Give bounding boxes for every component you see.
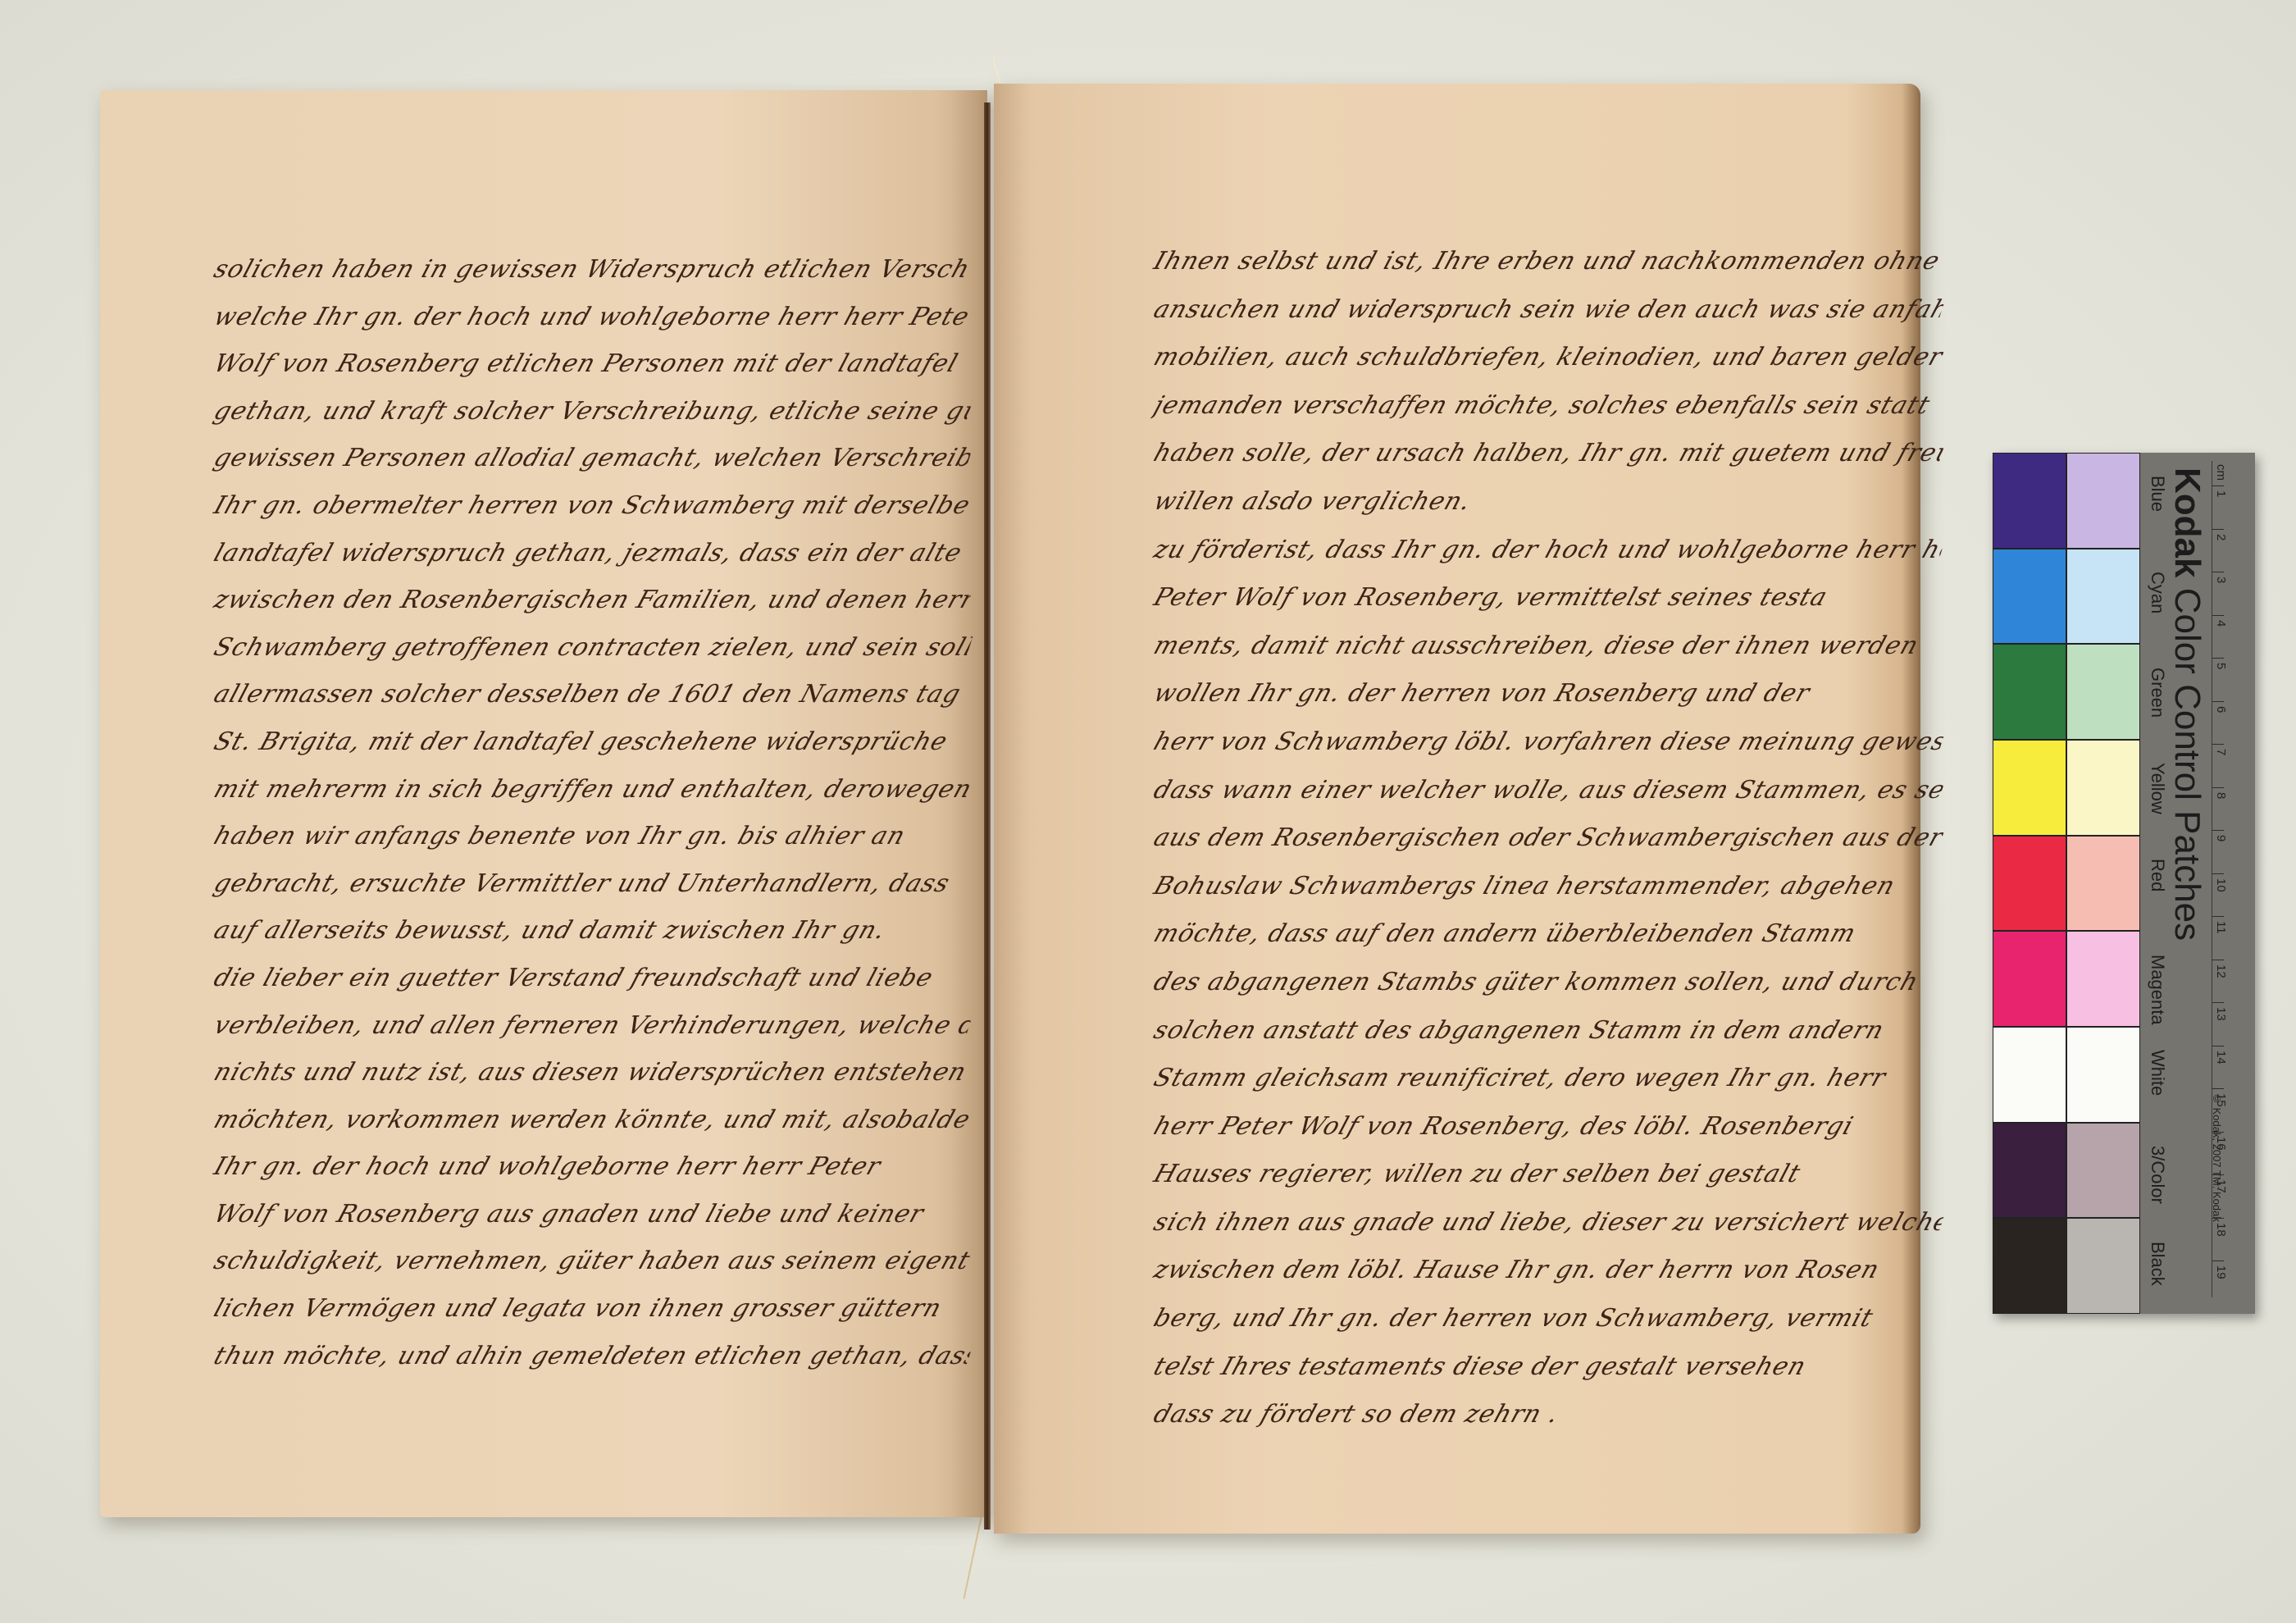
ruler-tick-label: 2 bbox=[2214, 534, 2228, 540]
ruler-tick bbox=[2212, 1002, 2224, 1003]
manuscript-line: schuldigkeit, vernehmen, güter haben aus… bbox=[207, 1238, 977, 1285]
color-patch-3-color-dark bbox=[1993, 1123, 2066, 1219]
patch-label: Black bbox=[2147, 1242, 2168, 1286]
patch-column-dark bbox=[1993, 453, 2066, 1314]
chart-title: Color Control Patches bbox=[2167, 588, 2207, 941]
ruler-tick bbox=[2212, 1261, 2224, 1261]
ruler-tick-label: 16 bbox=[2214, 1137, 2228, 1151]
manuscript-line: allermassen solcher desselben de 1601 de… bbox=[207, 671, 977, 718]
ruler-tick bbox=[2212, 529, 2224, 530]
manuscript-line: gethan, und kraft solcher Verschreibung,… bbox=[207, 388, 977, 435]
manuscript-line: solichen haben in gewissen Widerspruch e… bbox=[207, 246, 977, 294]
ruler-tick bbox=[2212, 830, 2224, 831]
manuscript-line: möchten, vorkommen werden könnte, und mi… bbox=[207, 1096, 977, 1144]
manuscript-line: zwischen den Rosenbergischen Familien, u… bbox=[207, 577, 977, 624]
manuscript-line: Wolf von Rosenberg etlichen Personen mit… bbox=[207, 340, 977, 388]
manuscript-line: herr von Schwamberg löbl. vorfahren dies… bbox=[1146, 718, 1949, 767]
ruler-tick bbox=[2212, 1218, 2224, 1219]
ruler-tick-label: 4 bbox=[2214, 620, 2228, 627]
ruler-tick-label: 6 bbox=[2214, 706, 2228, 713]
ruler-tick-label: 13 bbox=[2214, 1007, 2228, 1021]
manuscript-line: wollen Ihr gn. der herren von Rosenberg … bbox=[1146, 670, 1949, 718]
manuscript-line: gewissen Personen allodial gemacht, welc… bbox=[207, 435, 977, 482]
left-page-text: solichen haben in gewissen Widerspruch e… bbox=[215, 246, 969, 1379]
ruler-unit: cm bbox=[2214, 464, 2228, 481]
patch-label: Cyan bbox=[2147, 572, 2168, 613]
binding-gutter bbox=[984, 103, 991, 1530]
ruler-tick-label: 12 bbox=[2214, 964, 2228, 978]
patch-column-light bbox=[2066, 453, 2140, 1314]
manuscript-line: möchte, dass auf den andern überbleibend… bbox=[1146, 910, 1949, 959]
manuscript-line: herr Peter Wolf von Rosenberg, des löbl.… bbox=[1146, 1103, 1949, 1151]
manuscript-line: Ihr gn. obermelter herren von Schwamberg… bbox=[207, 482, 977, 530]
manuscript-line: berg, und Ihr gn. der herren von Schwamb… bbox=[1146, 1295, 1949, 1343]
manuscript-line: zwischen dem löbl. Hause Ihr gn. der her… bbox=[1146, 1247, 1949, 1295]
ruler-tick bbox=[2212, 1174, 2224, 1175]
color-patch-green-dark bbox=[1993, 644, 2066, 740]
color-patch-red-light bbox=[2066, 836, 2140, 932]
patch-label: Green bbox=[2147, 668, 2168, 718]
color-patch-cyan-dark bbox=[1993, 549, 2066, 645]
patch-label: Red bbox=[2147, 859, 2168, 891]
patch-label: Yellow bbox=[2147, 763, 2168, 814]
ruler-tick bbox=[2212, 1088, 2224, 1089]
manuscript-line: Ihr gn. der hoch und wohlgeborne herr he… bbox=[207, 1143, 977, 1191]
ruler-tick bbox=[2212, 787, 2224, 788]
color-patch-black-light bbox=[2066, 1218, 2140, 1314]
color-patch-blue-dark bbox=[1993, 453, 2066, 549]
manuscript-line: dass zu fördert so dem zehrn . bbox=[1146, 1391, 1949, 1439]
ruler-tick-label: 7 bbox=[2214, 749, 2228, 755]
manuscript-line: auf allerseits bewusst, und damit zwisch… bbox=[207, 907, 977, 955]
manuscript-line: nichts und nutz ist, aus diesen widerspr… bbox=[207, 1049, 977, 1096]
manuscript-line: telst Ihres testaments diese der gestalt… bbox=[1146, 1343, 1949, 1392]
ruler-tick bbox=[2212, 916, 2224, 917]
cm-ruler: cm12345678910111213141516171819 bbox=[2212, 461, 2250, 1297]
ruler-tick-label: 19 bbox=[2214, 1265, 2228, 1279]
color-patch-blue-light bbox=[2066, 453, 2140, 549]
label-strip: BlueCyanGreenYellowRedMagentaWhite3/Colo… bbox=[2145, 453, 2255, 1314]
ruler-tick-label: 9 bbox=[2214, 835, 2228, 841]
ruler-tick bbox=[2212, 486, 2224, 486]
ruler-tick bbox=[2212, 1132, 2224, 1133]
ruler-tick-label: 3 bbox=[2214, 577, 2228, 583]
brand-name: Kodak bbox=[2167, 467, 2207, 577]
manuscript-line: St. Brigita, mit der landtafel geschehen… bbox=[207, 718, 977, 766]
manuscript-line: Bohuslaw Schwambergs linea herstammender… bbox=[1146, 863, 1949, 911]
color-patch-white-light bbox=[2066, 1027, 2140, 1123]
manuscript-line: Hauses regierer, willen zu der selben be… bbox=[1146, 1151, 1949, 1199]
color-patch-green-light bbox=[2066, 644, 2140, 740]
ruler-tick bbox=[2212, 615, 2224, 616]
manuscript-line: des abgangenen Stambs güter kommen solle… bbox=[1146, 959, 1949, 1007]
manuscript-line: haben wir anfangs benente von Ihr gn. bi… bbox=[207, 813, 977, 860]
manuscript-line: ansuchen und widerspruch sein wie den au… bbox=[1146, 286, 1949, 335]
patch-label: White bbox=[2147, 1050, 2168, 1096]
ruler-tick-label: 11 bbox=[2214, 921, 2228, 934]
ruler-tick-label: 5 bbox=[2214, 663, 2228, 669]
patch-label: Blue bbox=[2147, 476, 2168, 512]
ruler-tick bbox=[2212, 572, 2224, 572]
patch-label: 3/Color bbox=[2147, 1146, 2168, 1204]
ruler-tick bbox=[2212, 960, 2224, 960]
manuscript-line: haben solle, der ursach halben, Ihr gn. … bbox=[1146, 430, 1949, 478]
ruler-tick bbox=[2212, 701, 2224, 702]
manuscript-line: welche Ihr gn. der hoch und wohlgeborne … bbox=[207, 294, 977, 341]
manuscript-line: Peter Wolf von Rosenberg, vermittelst se… bbox=[1146, 574, 1949, 622]
ruler-tick bbox=[2212, 1046, 2224, 1046]
manuscript-line: verbleiben, und allen ferneren Verhinder… bbox=[207, 1002, 977, 1050]
ruler-tick-label: 17 bbox=[2214, 1179, 2228, 1193]
color-patch-red-dark bbox=[1993, 836, 2066, 932]
color-patch-3-color-light bbox=[2066, 1123, 2140, 1219]
manuscript-line: Ihnen selbst und ist, Ihre erben und nac… bbox=[1146, 238, 1949, 286]
manuscript-line: jemanden verschaffen möchte, solches ebe… bbox=[1146, 382, 1949, 431]
ruler-tick-label: 14 bbox=[2214, 1051, 2228, 1065]
manuscript-line: lichen Vermögen und legata von ihnen gro… bbox=[207, 1285, 977, 1333]
manuscript-line: Wolf von Rosenberg aus gnaden und liebe … bbox=[207, 1191, 977, 1238]
ruler-tick bbox=[2212, 658, 2224, 659]
ruler-tick-label: 1 bbox=[2214, 490, 2228, 497]
color-patch-cyan-light bbox=[2066, 549, 2140, 645]
manuscript-line: solchen anstatt des abgangenen Stamm in … bbox=[1146, 1007, 1949, 1055]
manuscript-line: die lieber ein guetter Verstand freundsc… bbox=[207, 955, 977, 1002]
kodak-brand-title: Kodak Color Control Patches bbox=[2166, 467, 2207, 941]
color-patch-magenta-dark bbox=[1993, 931, 2066, 1027]
manuscript-line: mit mehrerm in sich begriffen und enthal… bbox=[207, 766, 977, 814]
ruler-tick-label: 10 bbox=[2214, 878, 2228, 892]
manuscript-line: zu förderist, dass Ihr gn. der hoch und … bbox=[1146, 527, 1949, 575]
manuscript-line: sich ihnen aus gnade und liebe, dieser z… bbox=[1146, 1199, 1949, 1247]
color-patch-yellow-dark bbox=[1993, 740, 2066, 836]
ruler-tick bbox=[2212, 744, 2224, 745]
ruler-tick bbox=[2212, 873, 2224, 874]
ruler-tick-label: 8 bbox=[2214, 792, 2228, 799]
manuscript-line: willen alsdo verglichen. bbox=[1146, 478, 1949, 527]
color-patch-magenta-light bbox=[2066, 931, 2140, 1027]
color-patch-yellow-light bbox=[2066, 740, 2140, 836]
right-page-text: Ihnen selbst und ist, Ihre erben und nac… bbox=[1155, 238, 1942, 1439]
manuscript-line: Schwamberg getroffenen contracten zielen… bbox=[207, 624, 977, 672]
patch-label: Magenta bbox=[2147, 955, 2168, 1025]
manuscript-line: landtafel widerspruch gethan, jezmals, d… bbox=[207, 530, 977, 577]
color-patch-white-dark bbox=[1993, 1027, 2066, 1123]
manuscript-line: aus dem Rosenbergischen oder Schwambergi… bbox=[1146, 814, 1949, 863]
manuscript-line: mobilien, auch schuldbriefen, kleinodien… bbox=[1146, 334, 1949, 382]
manuscript-line: dass wann einer welcher wolle, aus diese… bbox=[1146, 767, 1949, 815]
manuscript-line: gebracht, ersuchte Vermittler und Unterh… bbox=[207, 860, 977, 908]
kodak-color-control-strip: BlueCyanGreenYellowRedMagentaWhite3/Colo… bbox=[1993, 453, 2255, 1314]
color-patch-black-dark bbox=[1993, 1218, 2066, 1314]
ruler-tick-label: 15 bbox=[2214, 1093, 2228, 1107]
manuscript-line: thun möchte, und alhin gemeldeten etlich… bbox=[207, 1333, 977, 1380]
manuscript-line: ments, damit nicht ausschreiben, diese d… bbox=[1146, 622, 1949, 671]
manuscript-line: Stamm gleichsam reunificiret, dero wegen… bbox=[1146, 1055, 1949, 1103]
ruler-tick-label: 18 bbox=[2214, 1223, 2228, 1237]
